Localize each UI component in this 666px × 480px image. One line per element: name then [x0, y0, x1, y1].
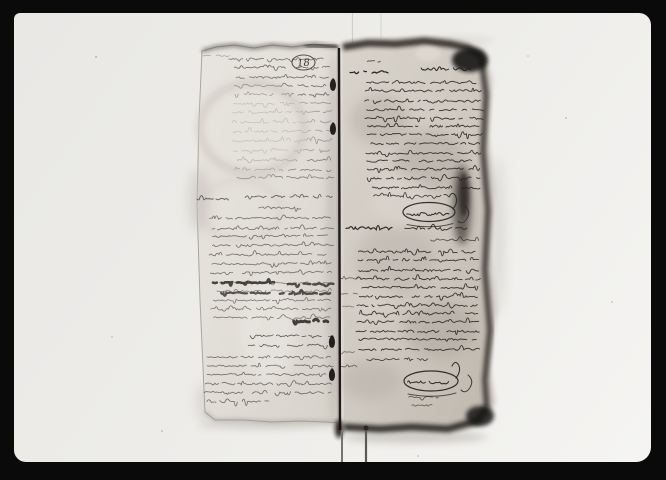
dust — [111, 336, 113, 338]
dust — [527, 55, 529, 57]
dark-corner — [305, 45, 338, 47]
dust — [417, 455, 419, 457]
manuscript-scan: 18 — [0, 0, 666, 480]
folio-number: 18 — [297, 57, 311, 69]
mottle — [350, 95, 410, 145]
dark-corner-blob — [466, 406, 494, 426]
dark-corner-blob — [452, 48, 488, 72]
right-page — [339, 37, 498, 437]
ink-streak-core — [459, 173, 469, 217]
left-page: 18 — [189, 44, 342, 430]
scan-frame: 18 — [0, 0, 666, 480]
bleach-spot — [415, 47, 441, 61]
light-spot — [370, 174, 430, 226]
string-knot — [364, 426, 369, 431]
gutter-shadow — [337, 50, 338, 428]
dust — [611, 301, 613, 303]
dust — [95, 56, 97, 58]
dust — [161, 430, 163, 432]
dust — [565, 117, 567, 119]
binding-cord — [339, 48, 340, 430]
